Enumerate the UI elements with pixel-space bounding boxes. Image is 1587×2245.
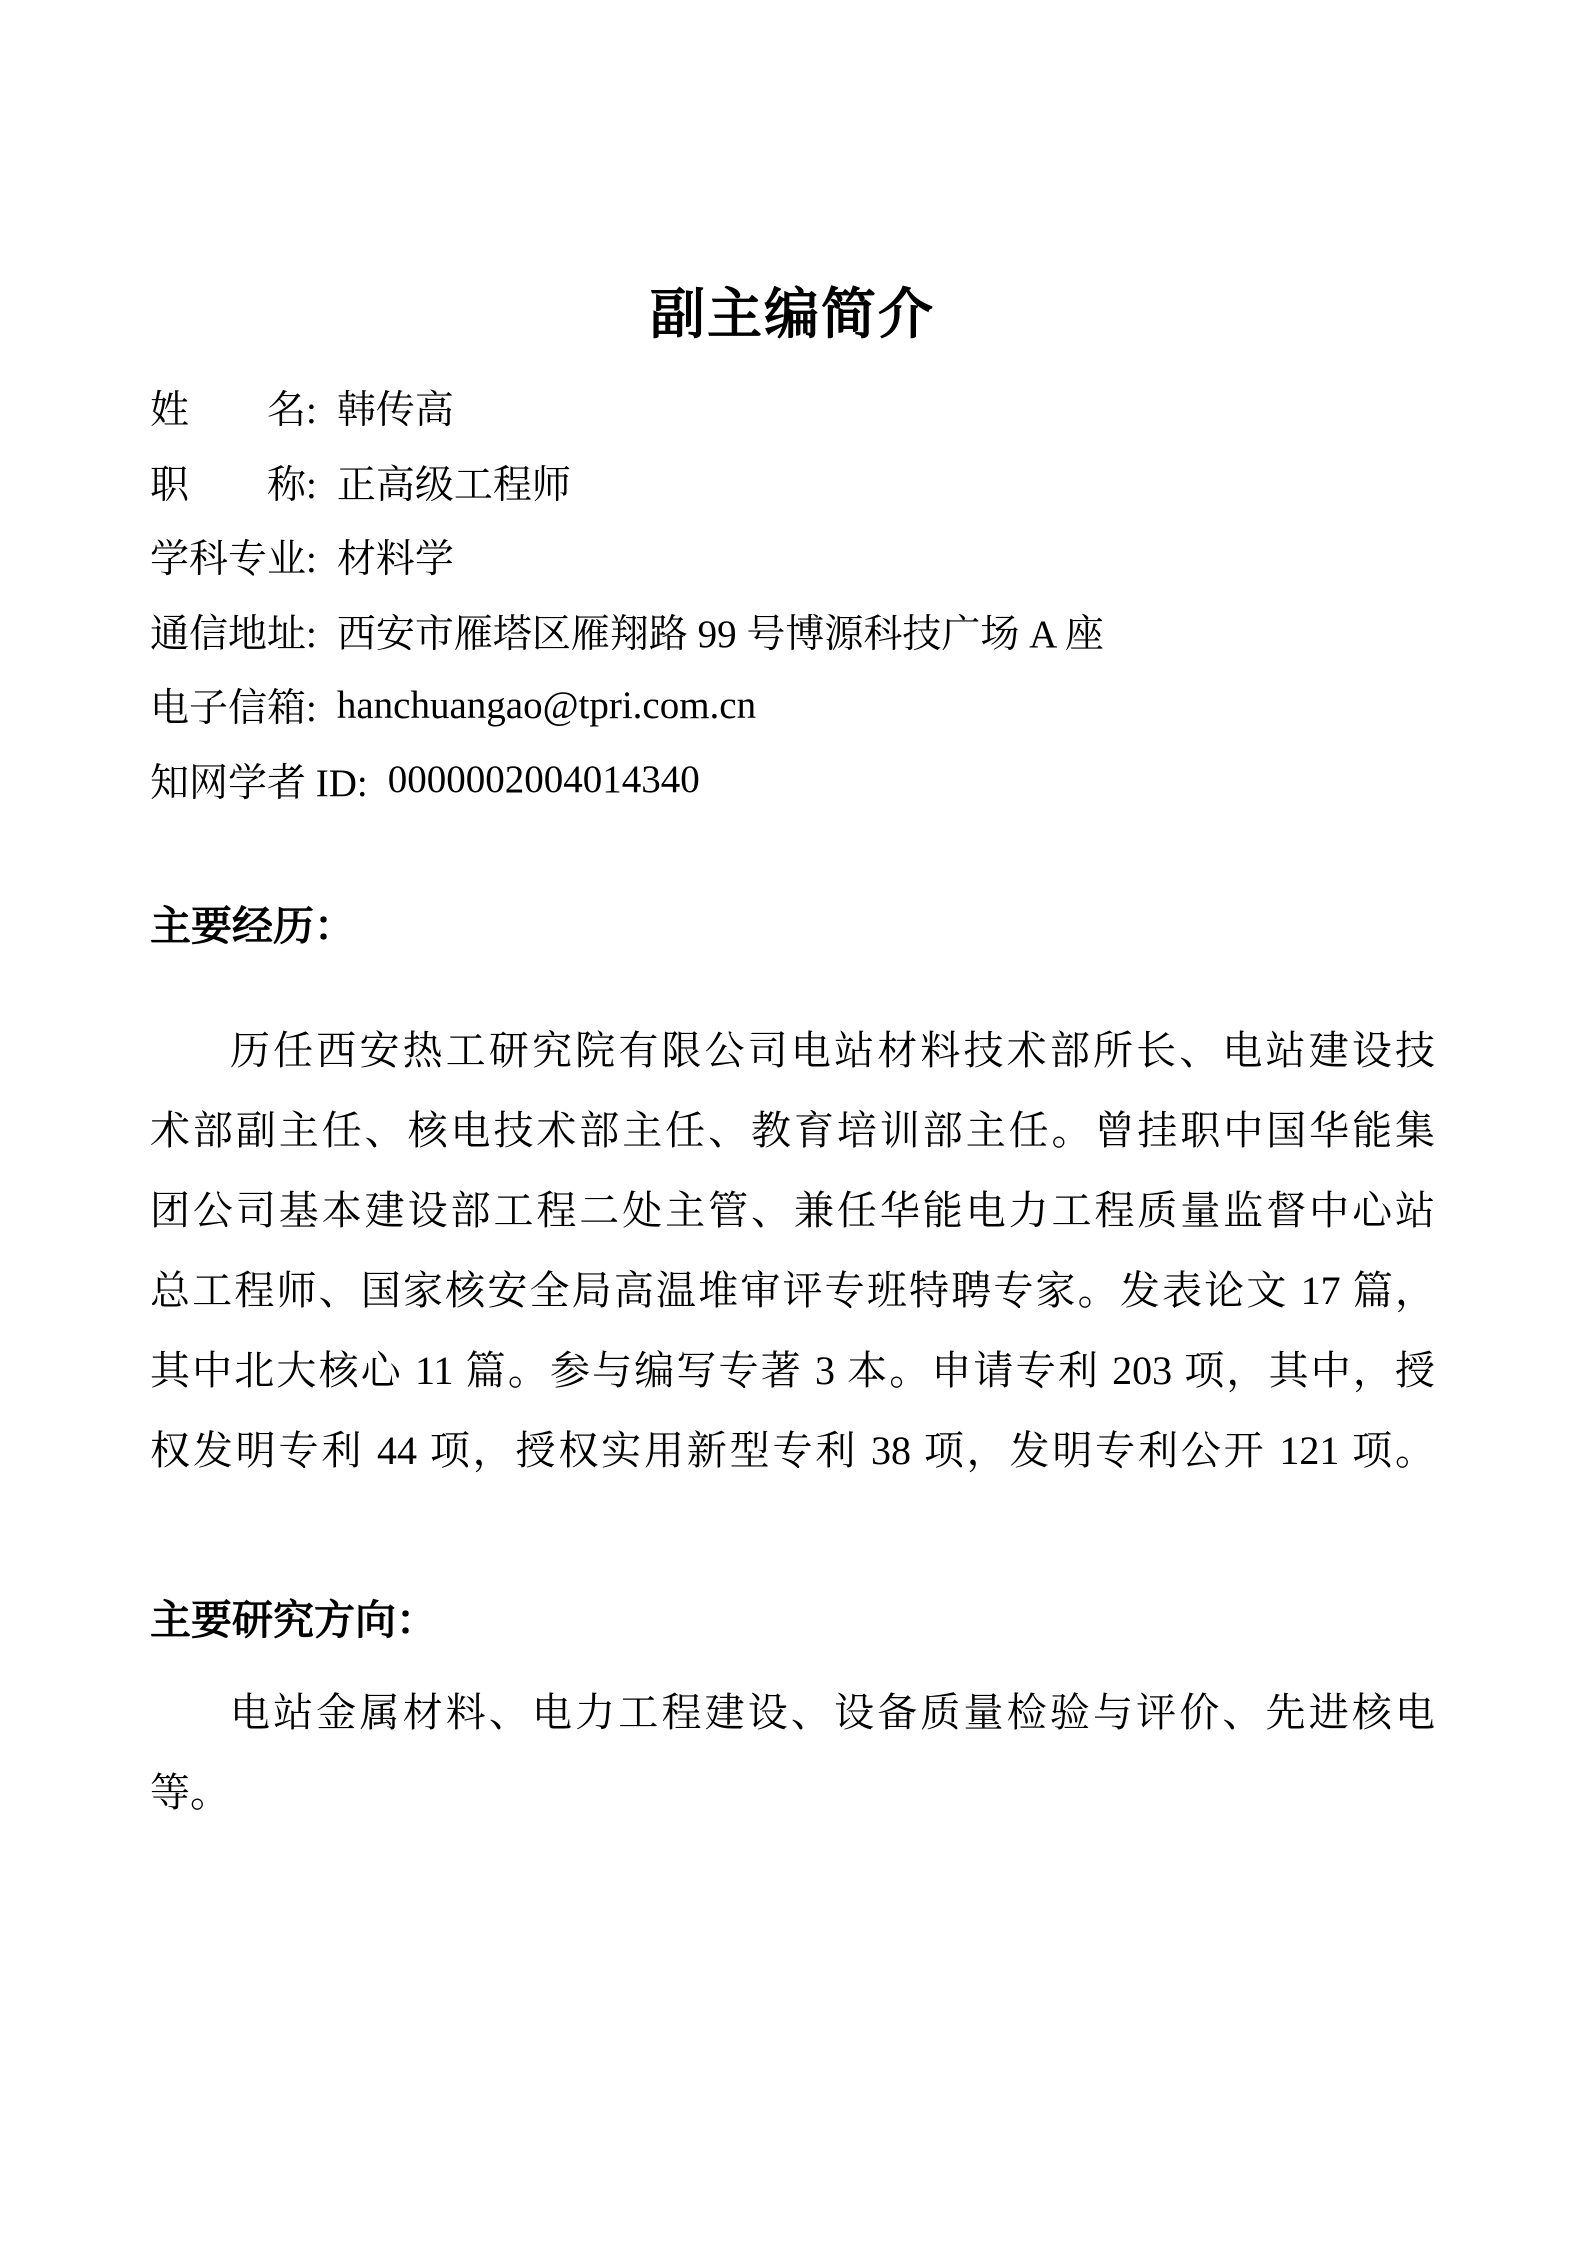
- cnki-id-label: 知网学者 ID:: [150, 752, 368, 808]
- email-value: hanchuangao@tpri.com.cn: [337, 683, 756, 728]
- info-line-email: 电子信箱:hanchuangao@tpri.com.cn: [150, 668, 1435, 743]
- document-page: 副主编简介 姓 名:韩传高 职 称:正高级工程师 学科专业:材料学 通信地址:西…: [0, 0, 1587, 2245]
- job-title-value: 正高级工程师: [337, 454, 571, 510]
- address-value: 西安市雁塔区雁翔路 99 号博源科技广场 A 座: [337, 603, 1104, 659]
- cnki-id-value: 0000002004014340: [388, 757, 700, 802]
- experience-line: 权发明专利 44 项，授权实用新型专利 38 项，发明专利公开 121 项。: [150, 1411, 1435, 1491]
- experience-line: 团公司基本建设部工程二处主管、兼任华能电力工程质量监督中心站: [150, 1171, 1435, 1251]
- section-heading-experience: 主要经历：: [150, 901, 1435, 951]
- job-title-label: 职 称:: [150, 454, 317, 510]
- info-line-address: 通信地址:西安市雁塔区雁翔路 99 号博源科技广场 A 座: [150, 594, 1435, 669]
- discipline-value: 材料学: [337, 528, 454, 584]
- name-value: 韩传高: [337, 379, 454, 435]
- experience-line: 术部副主任、核电技术部主任、教育培训部主任。曾挂职中国华能集: [150, 1091, 1435, 1171]
- experience-line: 其中北大核心 11 篇。参与编写专著 3 本。申请专利 203 项，其中，授: [150, 1331, 1435, 1411]
- section-heading-research: 主要研究方向：: [150, 1595, 1435, 1645]
- info-line-discipline: 学科专业:材料学: [150, 519, 1435, 594]
- info-line-job-title: 职 称:正高级工程师: [150, 445, 1435, 520]
- name-label: 姓 名:: [150, 379, 317, 435]
- research-line: 电站金属材料、电力工程建设、设备质量检验与评价、先进核电: [150, 1673, 1435, 1753]
- email-label: 电子信箱:: [150, 677, 317, 733]
- research-line: 等。: [150, 1753, 1435, 1833]
- research-paragraph: 电站金属材料、电力工程建设、设备质量检验与评价、先进核电 等。: [150, 1673, 1435, 1833]
- discipline-label: 学科专业:: [150, 528, 317, 584]
- page-title: 副主编简介: [150, 278, 1435, 352]
- experience-paragraph: 历任西安热工研究院有限公司电站材料技术部所长、电站建设技 术部副主任、核电技术部…: [150, 1011, 1435, 1491]
- info-line-name: 姓 名:韩传高: [150, 370, 1435, 445]
- address-label: 通信地址:: [150, 603, 317, 659]
- info-line-cnki-id: 知网学者 ID:0000002004014340: [150, 743, 1435, 818]
- profile-info-block: 姓 名:韩传高 职 称:正高级工程师 学科专业:材料学 通信地址:西安市雁塔区雁…: [150, 370, 1435, 817]
- experience-line: 历任西安热工研究院有限公司电站材料技术部所长、电站建设技: [150, 1011, 1435, 1091]
- experience-line: 总工程师、国家核安全局高温堆审评专班特聘专家。发表论文 17 篇，: [150, 1251, 1435, 1331]
